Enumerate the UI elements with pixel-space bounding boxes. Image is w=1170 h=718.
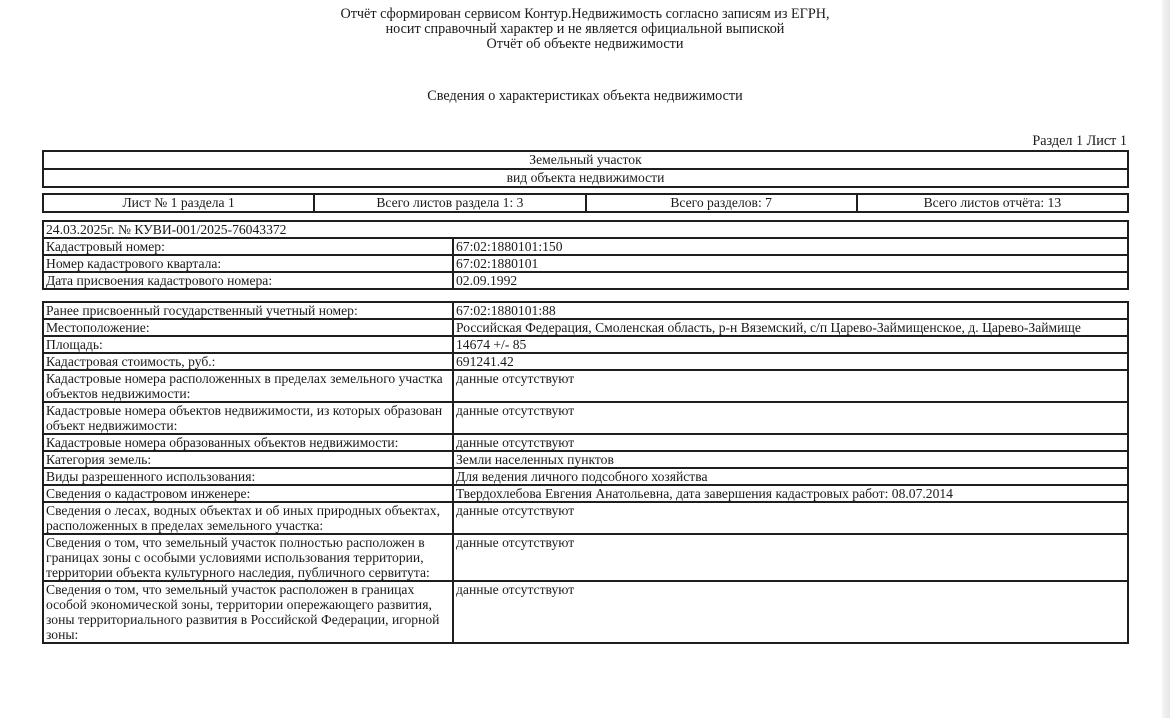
field-value: данные отсутствуют	[453, 534, 1128, 581]
total-sheets-report: Всего листов отчёта: 13	[857, 194, 1128, 212]
field-label: Кадастровые номера объектов недвижимости…	[43, 402, 453, 434]
notice-line-1: Отчёт сформирован сервисом Контур.Недвиж…	[0, 7, 1170, 22]
table-row: Кадастровые номера объектов недвижимости…	[43, 402, 1128, 434]
field-label: Сведения о лесах, водных объектах и об и…	[43, 502, 453, 534]
table-row: Кадастровый номер:67:02:1880101:150	[43, 238, 1128, 255]
field-label: Сведения о кадастровом инженере:	[43, 485, 453, 502]
field-label: Ранее присвоенный государственный учетны…	[43, 302, 453, 319]
table-row: Местоположение:Российская Федерация, Смо…	[43, 319, 1128, 336]
field-label: Виды разрешенного использования:	[43, 468, 453, 485]
sheet-reference: Раздел 1 Лист 1	[1032, 133, 1127, 150]
field-value: Российская Федерация, Смоленская область…	[453, 319, 1128, 336]
field-value: данные отсутствуют	[453, 370, 1128, 402]
table-row: Кадастровые номера расположенных в преде…	[43, 370, 1128, 402]
field-label: Сведения о том, что земельный участок по…	[43, 534, 453, 581]
field-value: Для ведения личного подсобного хозяйства	[453, 468, 1128, 485]
object-type-caption: вид объекта недвижимости	[43, 169, 1128, 187]
object-type-table: Земельный участок вид объекта недвижимос…	[42, 150, 1129, 188]
field-label: Местоположение:	[43, 319, 453, 336]
field-value: 691241.42	[453, 353, 1128, 370]
field-label: Сведения о том, что земельный участок ра…	[43, 581, 453, 643]
field-label: Категория земель:	[43, 451, 453, 468]
field-label: Номер кадастрового квартала:	[43, 255, 453, 272]
sheets-info-table: Лист № 1 раздела 1 Всего листов раздела …	[42, 193, 1129, 213]
table-row: Категория земель:Земли населенных пункто…	[43, 451, 1128, 468]
total-sheets-section: Всего листов раздела 1: 3	[314, 194, 585, 212]
field-value: 67:02:1880101	[453, 255, 1128, 272]
field-label: Площадь:	[43, 336, 453, 353]
report-notice: Отчёт сформирован сервисом Контур.Недвиж…	[0, 7, 1170, 52]
statement-number: 24.03.2025г. № КУВИ-001/2025-76043372	[43, 221, 1128, 238]
notice-line-2: носит справочный характер и не является …	[0, 22, 1170, 37]
field-value: данные отсутствуют	[453, 502, 1128, 534]
table-row: Сведения о том, что земельный участок ра…	[43, 581, 1128, 643]
table-row: Кадастровые номера образованных объектов…	[43, 434, 1128, 451]
cadastral-details-table: Ранее присвоенный государственный учетны…	[42, 301, 1129, 644]
field-label: Кадастровые номера расположенных в преде…	[43, 370, 453, 402]
table-row: Сведения о том, что земельный участок по…	[43, 534, 1128, 581]
field-value: 67:02:1880101:150	[453, 238, 1128, 255]
table-row: Сведения о кадастровом инженере:Твердохл…	[43, 485, 1128, 502]
report-title: Отчёт об объекте недвижимости	[0, 37, 1170, 52]
table-row: Сведения о лесах, водных объектах и об и…	[43, 502, 1128, 534]
section-title: Сведения о характеристиках объекта недви…	[0, 88, 1170, 105]
object-type: Земельный участок	[43, 151, 1128, 169]
table-row: Площадь:14674 +/- 85	[43, 336, 1128, 353]
table-row: Кадастровая стоимость, руб.:691241.42	[43, 353, 1128, 370]
cadastral-main-table: 24.03.2025г. № КУВИ-001/2025-76043372 Ка…	[42, 220, 1129, 290]
field-value: данные отсутствуют	[453, 402, 1128, 434]
table-row: Дата присвоения кадастрового номера:02.0…	[43, 272, 1128, 289]
field-label: Кадастровый номер:	[43, 238, 453, 255]
total-sections: Всего разделов: 7	[586, 194, 857, 212]
field-value: данные отсутствуют	[453, 581, 1128, 643]
field-label: Кадастровые номера образованных объектов…	[43, 434, 453, 451]
sheet-of-section: Лист № 1 раздела 1	[43, 194, 314, 212]
field-value: данные отсутствуют	[453, 434, 1128, 451]
field-value: Твердохлебова Евгения Анатольевна, дата …	[453, 485, 1128, 502]
field-value: 67:02:1880101:88	[453, 302, 1128, 319]
field-value: Земли населенных пунктов	[453, 451, 1128, 468]
page-edge	[1162, 0, 1170, 718]
table-row: Виды разрешенного использования:Для веде…	[43, 468, 1128, 485]
field-label: Дата присвоения кадастрового номера:	[43, 272, 453, 289]
field-label: Кадастровая стоимость, руб.:	[43, 353, 453, 370]
field-value: 14674 +/- 85	[453, 336, 1128, 353]
table-row: Ранее присвоенный государственный учетны…	[43, 302, 1128, 319]
table-row: Номер кадастрового квартала:67:02:188010…	[43, 255, 1128, 272]
field-value: 02.09.1992	[453, 272, 1128, 289]
